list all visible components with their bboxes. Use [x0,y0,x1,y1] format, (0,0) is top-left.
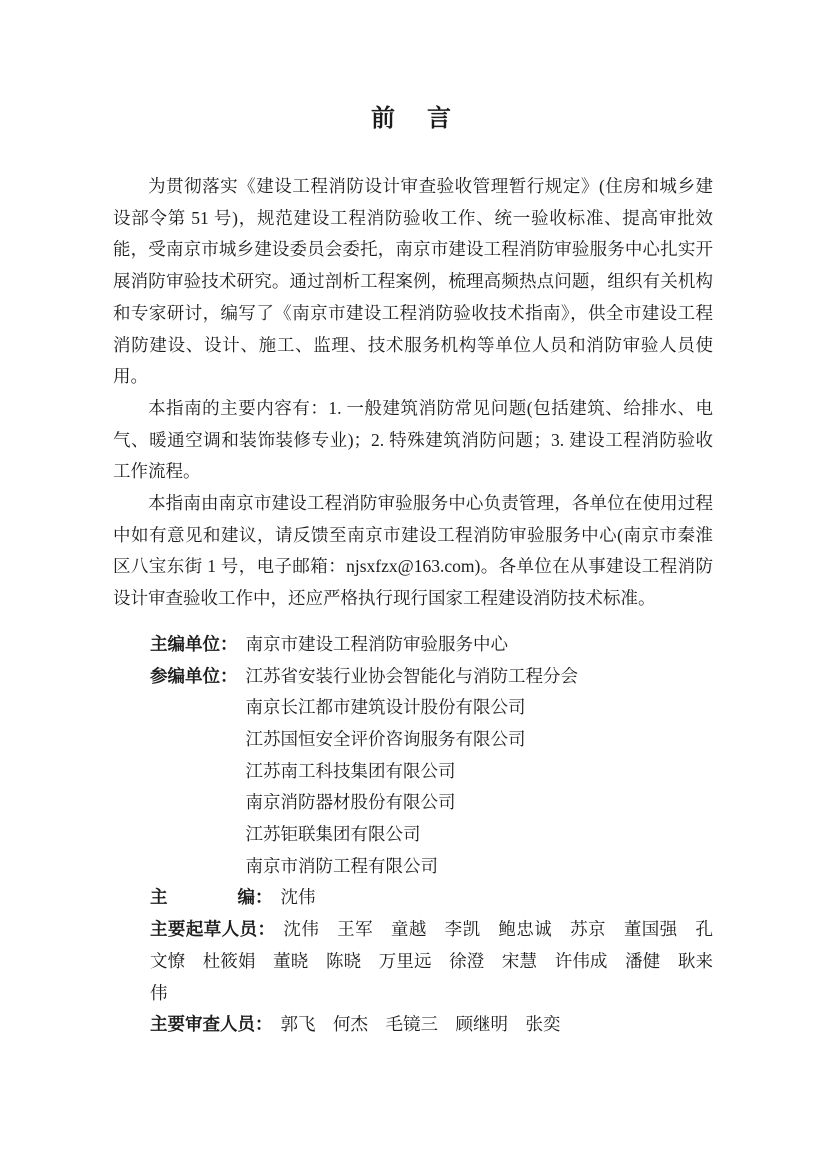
participating-unit: 江苏南工科技集团有限公司 [246,756,579,788]
chief-editor-label: 主 编： [150,882,273,914]
drafters-label: 主要起草人员： [150,919,275,939]
reviewers-row: 主要审查人员：郭飞 何杰 毛镜三 顾继明 张奕 [150,1009,713,1041]
participating-unit: 南京消防器材股份有限公司 [246,787,579,819]
preface-paragraph: 本指南的主要内容有：1. 一般建筑消防常见问题(包括建筑、给排水、电气、暖通空调… [113,393,713,488]
participating-unit: 江苏钜联集团有限公司 [246,819,579,851]
participating-unit: 江苏国恒安全评价咨询服务有限公司 [246,724,579,756]
participating-units-row: 参编单位： 江苏省安装行业协会智能化与消防工程分会南京长江都市建筑设计股份有限公… [150,661,713,883]
preface-body: 为贯彻落实《建设工程消防设计审查验收管理暂行规定》(住房和城乡建设部令第 51 … [113,171,713,1041]
preface-paragraph: 本指南由南京市建设工程消防审验服务中心负责管理，各单位在使用过程中如有意见和建议… [113,488,713,615]
document-page: 前 言 为贯彻落实《建设工程消防设计审查验收管理暂行规定》(住房和城乡建设部令第… [0,0,826,1168]
chief-editor-unit-value: 南京市建设工程消防审验服务中心 [246,629,509,661]
preface-paragraph: 为贯彻落实《建设工程消防设计审查验收管理暂行规定》(住房和城乡建设部令第 51 … [113,171,713,393]
chief-editor-unit-row: 主编单位： 南京市建设工程消防审验服务中心 [150,629,713,661]
reviewers-names: 郭飞 何杰 毛镜三 顾继明 张奕 [281,1014,561,1034]
participating-unit: 江苏省安装行业协会智能化与消防工程分会 [246,661,579,693]
drafters-row: 主要起草人员：沈伟 王军 童越 李凯 鲍忠诚 苏京 董国强 孔文憭 杜筱娟 董晓… [150,914,713,1009]
participating-units-label: 参编单位： [150,661,238,693]
credits-section: 主编单位： 南京市建设工程消防审验服务中心 参编单位： 江苏省安装行业协会智能化… [150,629,713,1041]
preface-paragraphs: 为贯彻落实《建设工程消防设计审查验收管理暂行规定》(住房和城乡建设部令第 51 … [113,171,713,615]
participating-unit: 南京市消防工程有限公司 [246,851,579,883]
participating-units-list: 江苏省安装行业协会智能化与消防工程分会南京长江都市建筑设计股份有限公司江苏国恒安… [246,661,579,883]
participating-unit: 南京长江都市建筑设计股份有限公司 [246,692,579,724]
chief-editor-unit-label: 主编单位： [150,629,238,661]
chief-editor-row: 主 编： 沈伟 [150,882,713,914]
chief-editor-value: 沈伟 [281,882,316,914]
page-title: 前 言 [0,0,826,138]
reviewers-label: 主要审查人员： [150,1014,273,1034]
